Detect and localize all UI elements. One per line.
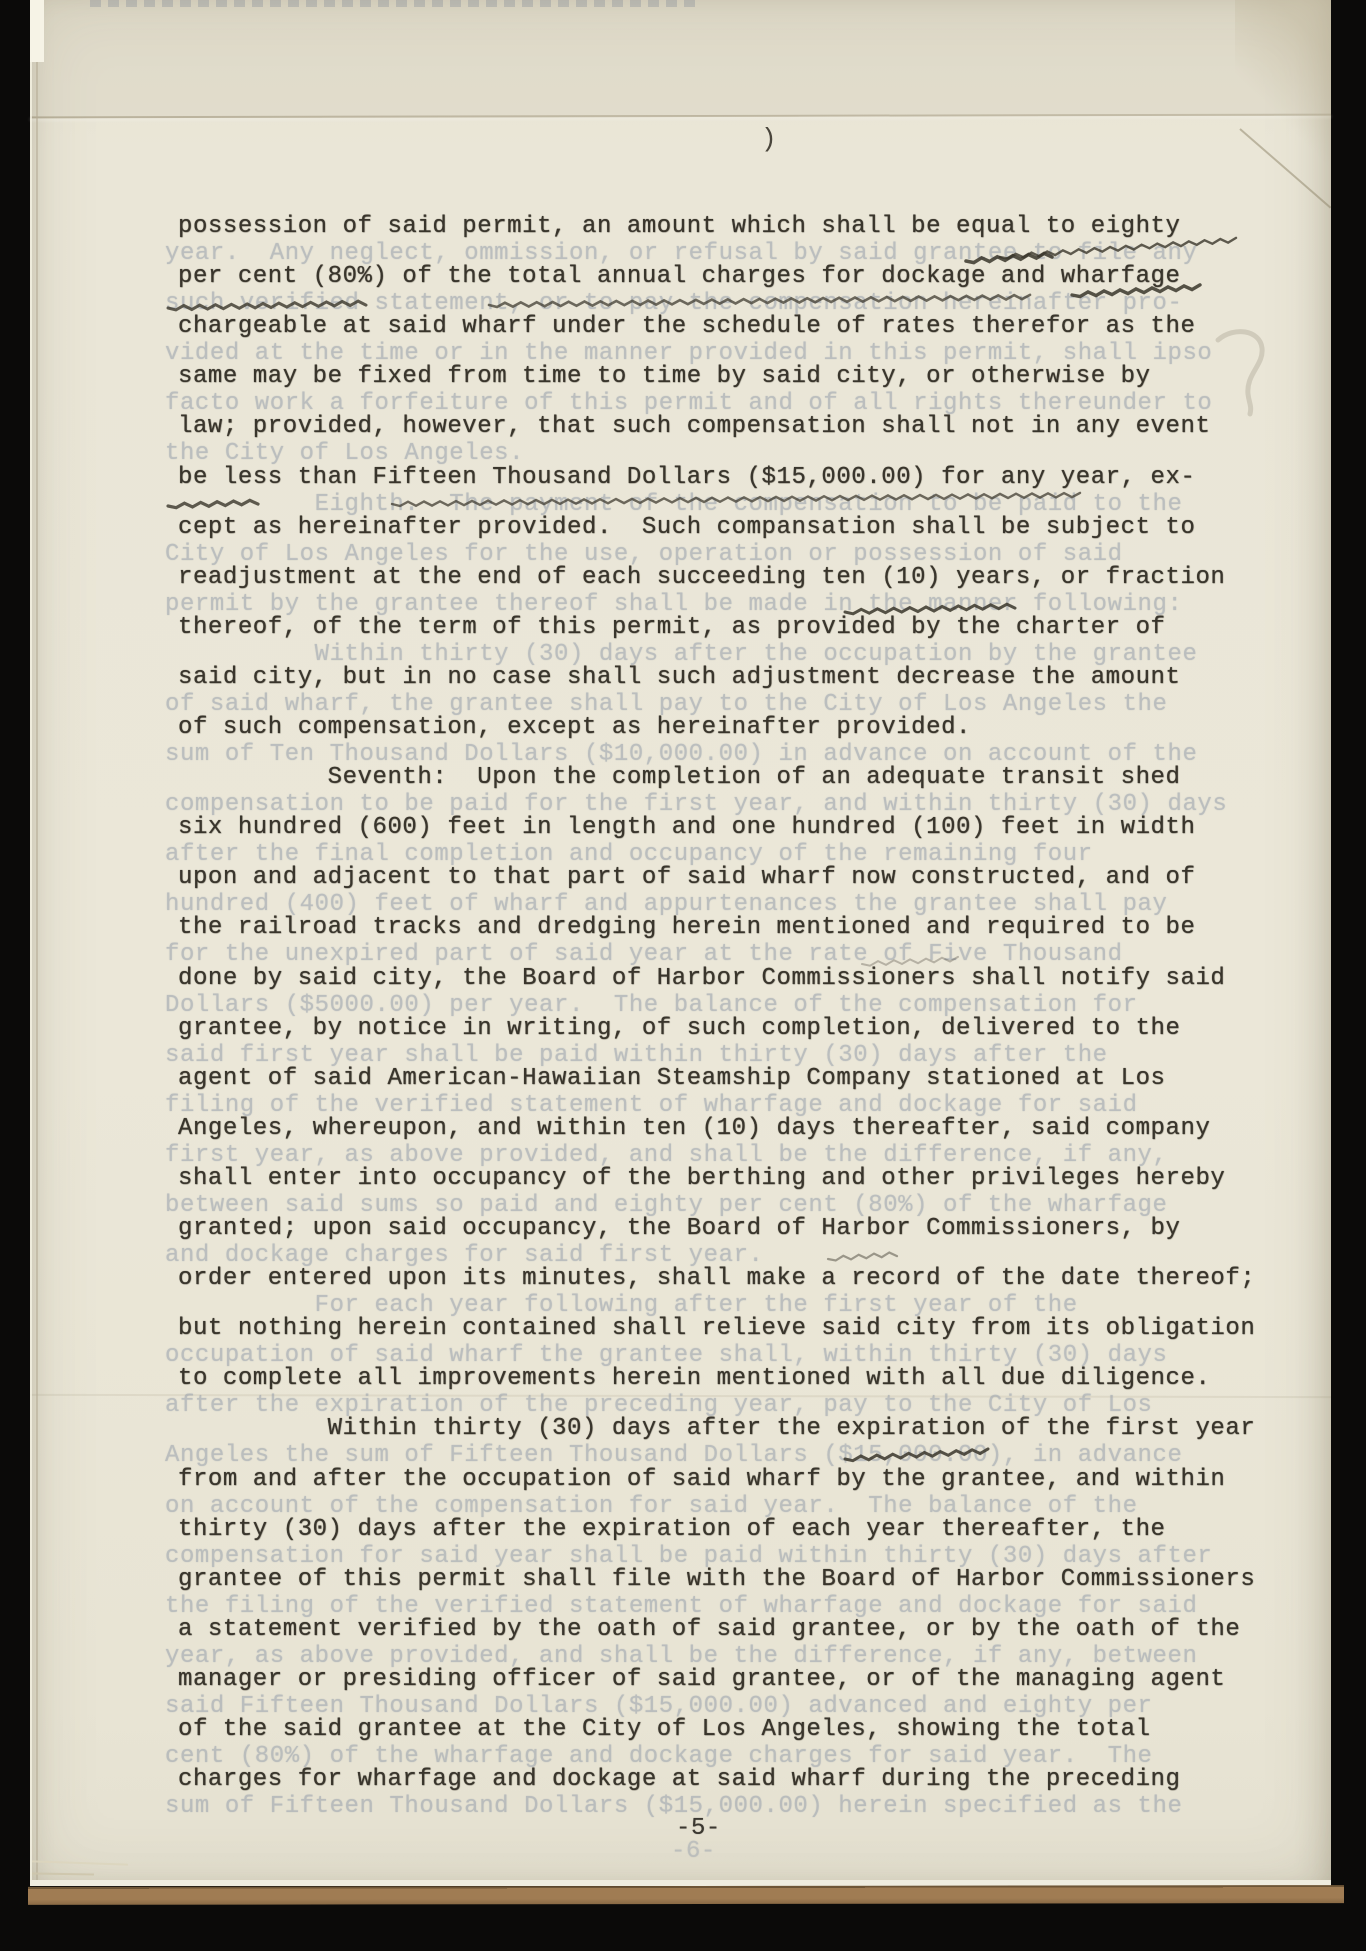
bleed-line: cent (80%) of the wharfage and dockage c… [165, 1745, 1153, 1769]
typed-line: law; provided, however, that such compen… [178, 415, 1210, 439]
typed-line: order entered upon its minutes, shall ma… [178, 1267, 1255, 1291]
typed-line: grantee, by notice in writing, of such c… [178, 1017, 1180, 1041]
stacked-page-edge-bottom [32, 1860, 128, 1865]
typed-line: Angeles, whereupon, and within ten (10) … [178, 1117, 1210, 1141]
bleed-line: sum of Ten Thousand Dollars ($10,000.00)… [165, 743, 1197, 767]
typed-line: readjustment at the end of each succeedi… [178, 566, 1225, 590]
typed-line: to complete all improvements herein ment… [178, 1367, 1210, 1391]
stray-paren-mark: ) [761, 124, 777, 154]
typed-line: Within thirty (30) days after the expira… [178, 1417, 1255, 1441]
bleed-page-number: -6- [671, 1838, 716, 1865]
bleed-line: after the final completion and occupancy… [165, 843, 1093, 867]
bleed-line: of said wharf, the grantee shall pay to … [165, 693, 1167, 717]
bleed-line: occupation of said wharf the grantee sha… [165, 1344, 1167, 1368]
bleed-line: sum of Fifteen Thousand Dollars ($15,000… [165, 1795, 1182, 1819]
bleed-line: vided at the time or in the manner provi… [165, 342, 1212, 366]
typed-line: Seventh: Upon the completion of an adequ… [178, 766, 1180, 790]
backing-board-edge [28, 1885, 1344, 1905]
bleed-line: Within thirty (30) days after the occupa… [165, 643, 1197, 667]
bleed-line: filing of the verified statement of whar… [165, 1094, 1138, 1118]
bleed-line: said first year shall be paid within thi… [165, 1044, 1108, 1068]
scanned-document: ) possession of said permit, an amount w… [0, 0, 1366, 1951]
bleed-line: for the unexpired part of said year at t… [165, 943, 1123, 967]
bleed-line: year. Any neglect, ommission, or refusal… [165, 242, 1197, 266]
bleed-line: first year, as above provided, and shall… [165, 1144, 1167, 1168]
typed-line: agent of said American-Hawaiian Steamshi… [178, 1067, 1166, 1091]
corner-shade [1235, 0, 1331, 212]
bleed-line: year, as above provided, and shall be th… [165, 1645, 1197, 1669]
bleed-line: such verified statement, or to pay the c… [165, 292, 1182, 316]
typed-line: but nothing herein contained shall relie… [178, 1317, 1255, 1341]
typed-line: cept as hereinafter provided. Such compa… [178, 516, 1195, 540]
bleed-line: hundred (400) feet of wharf and appurten… [165, 893, 1167, 917]
bleed-line: City of Los Angeles for the use, operati… [165, 543, 1123, 567]
typed-line: chargeable at said wharf under the sched… [178, 315, 1195, 339]
typed-line: manager or presiding officer of said gra… [178, 1668, 1225, 1692]
bleed-line: compensation for said year shall be paid… [165, 1545, 1212, 1569]
stacked-page-edge-bottom [32, 1872, 94, 1875]
typed-line: said city, but in no case shall such adj… [178, 666, 1180, 690]
bleed-line: Dollars ($5000.00) per year. The balance… [165, 994, 1138, 1018]
stacked-page-edge [30, 0, 32, 1886]
typed-line: of such compensation, except as hereinaf… [178, 716, 971, 740]
bleed-line: the City of Los Angeles. [165, 442, 524, 466]
bleed-line: permit by the grantee thereof shall be m… [165, 593, 1182, 617]
typed-line: upon and adjacent to that part of said w… [178, 866, 1195, 890]
bleed-line: between said sums so paid and eighty per… [165, 1194, 1167, 1218]
pen-squiggle-first-year [828, 1253, 897, 1261]
typed-line: a statement verified by the oath of said… [178, 1618, 1240, 1642]
bleed-line: on account of the compensation for said … [165, 1495, 1138, 1519]
typed-line: same may be fixed from time to time by s… [178, 365, 1151, 389]
typed-line: done by said city, the Board of Harbor C… [178, 967, 1225, 991]
typed-line: the railroad tracks and dredging herein … [178, 916, 1195, 940]
typed-line: from and after the occupation of said wh… [178, 1468, 1225, 1492]
stacked-page-edge [36, 0, 38, 1886]
bleed-line: said Fifteen Thousand Dollars ($15,000.0… [165, 1695, 1153, 1719]
typed-line: thereof, of the term of this permit, as … [178, 616, 1166, 640]
typed-line: shall enter into occupancy of the berthi… [178, 1167, 1225, 1191]
typed-line: grantee of this permit shall file with t… [178, 1568, 1255, 1592]
bleed-line: and dockage charges for said first year. [165, 1244, 764, 1268]
bleed-line: Eighth. The payment of the compensation … [165, 493, 1182, 517]
typed-line: possession of said permit, an amount whi… [178, 215, 1180, 239]
bleed-line: compensation to be paid for the first ye… [165, 793, 1227, 817]
typed-line: six hundred (600) feet in length and one… [178, 816, 1195, 840]
document-page: ) possession of said permit, an amount w… [30, 0, 1331, 1886]
typed-line: charges for wharfage and dockage at said… [178, 1768, 1180, 1792]
bleed-line: For each year following after the first … [165, 1294, 1078, 1318]
typed-line: per cent (80%) of the total annual charg… [178, 265, 1180, 289]
clipped-text-remnant [90, 0, 702, 7]
bleed-line: after the expiration of the preceding ye… [165, 1394, 1153, 1418]
bleed-line: facto work a forfeiture of this permit a… [165, 392, 1212, 416]
typed-line: of the said grantee at the City of Los A… [178, 1718, 1151, 1742]
bleed-line: the filing of the verified statement of … [165, 1595, 1197, 1619]
typed-line: thirty (30) days after the expiration of… [178, 1518, 1166, 1542]
typed-line: be less than Fifteen Thousand Dollars ($… [178, 466, 1195, 490]
sheet-edge-above-fold [30, 0, 1331, 116]
bleed-line: Angeles the sum of Fifteen Thousand Doll… [165, 1444, 1182, 1468]
typed-line: granted; upon said occupancy, the Board … [178, 1217, 1180, 1241]
sheet-corner-sliver [30, 0, 44, 62]
